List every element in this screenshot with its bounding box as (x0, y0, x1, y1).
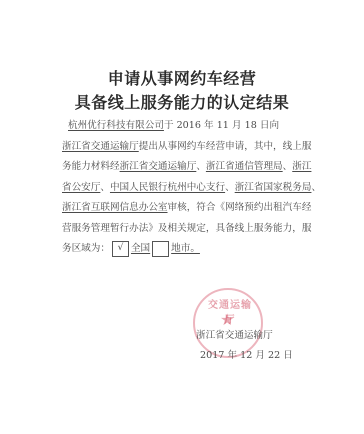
issue-date: 2017 年 12 月 22 日 (200, 347, 293, 361)
document-body: 杭州优行科技有限公司于 2016 年 11 月 18 日向 浙江省交通运输厅提出… (62, 116, 302, 260)
issuing-authority: 浙江省交通运输厅 (196, 327, 273, 341)
authority-name: 浙江省交通运输厅 (62, 141, 139, 152)
checkbox-nationwide: √ (112, 241, 129, 257)
reviewer-dept: 浙江省通信管理局 (206, 161, 283, 172)
body-line-1: 杭州优行科技有限公司于 2016 年 11 月 18 日向 (62, 116, 302, 137)
document-page: 申请从事网约车经营 具备线上服务能力的认定结果 杭州优行科技有限公司于 2016… (0, 0, 364, 434)
reviewer-dept: 浙江省互联网信息办公室 (62, 202, 168, 213)
document-title-line1: 申请从事网约车经营 (0, 66, 364, 89)
body-line-5: 浙江省互联网信息办公室审核，符合《网络预约出租汽车经 (62, 198, 302, 219)
reviewer-dept: 省公安厅 (62, 182, 100, 193)
reviewer-dept: 浙江 (292, 161, 311, 172)
body-line-2: 浙江省交通运输厅提出从事网约车经营申请，其中，线上服 (62, 137, 302, 158)
body-line-4: 省公安厅、中国人民银行杭州中心支行、浙江省国家税务局、 (62, 178, 302, 199)
company-name: 杭州优行科技有限公司 (68, 120, 164, 131)
reviewer-dept: 中国人民银行杭州中心支行 (110, 182, 225, 193)
document-title-line2: 具备线上服务能力的认定结果 (0, 90, 364, 113)
reviewer-dept: 浙江省交通运输厅 (120, 161, 197, 172)
reviewer-dept: 浙江省国家税务局 (235, 182, 312, 193)
body-line-3: 务能力材料经浙江省交通运输厅、浙江省通信管理局、浙江 (62, 157, 302, 178)
body-line-7: 务区域为：√全国地市。 (62, 239, 302, 260)
checkbox-local (152, 241, 169, 257)
body-line-6: 营服务管理暂行办法》及相关规定，具备线上服务能力，服 (62, 219, 302, 240)
